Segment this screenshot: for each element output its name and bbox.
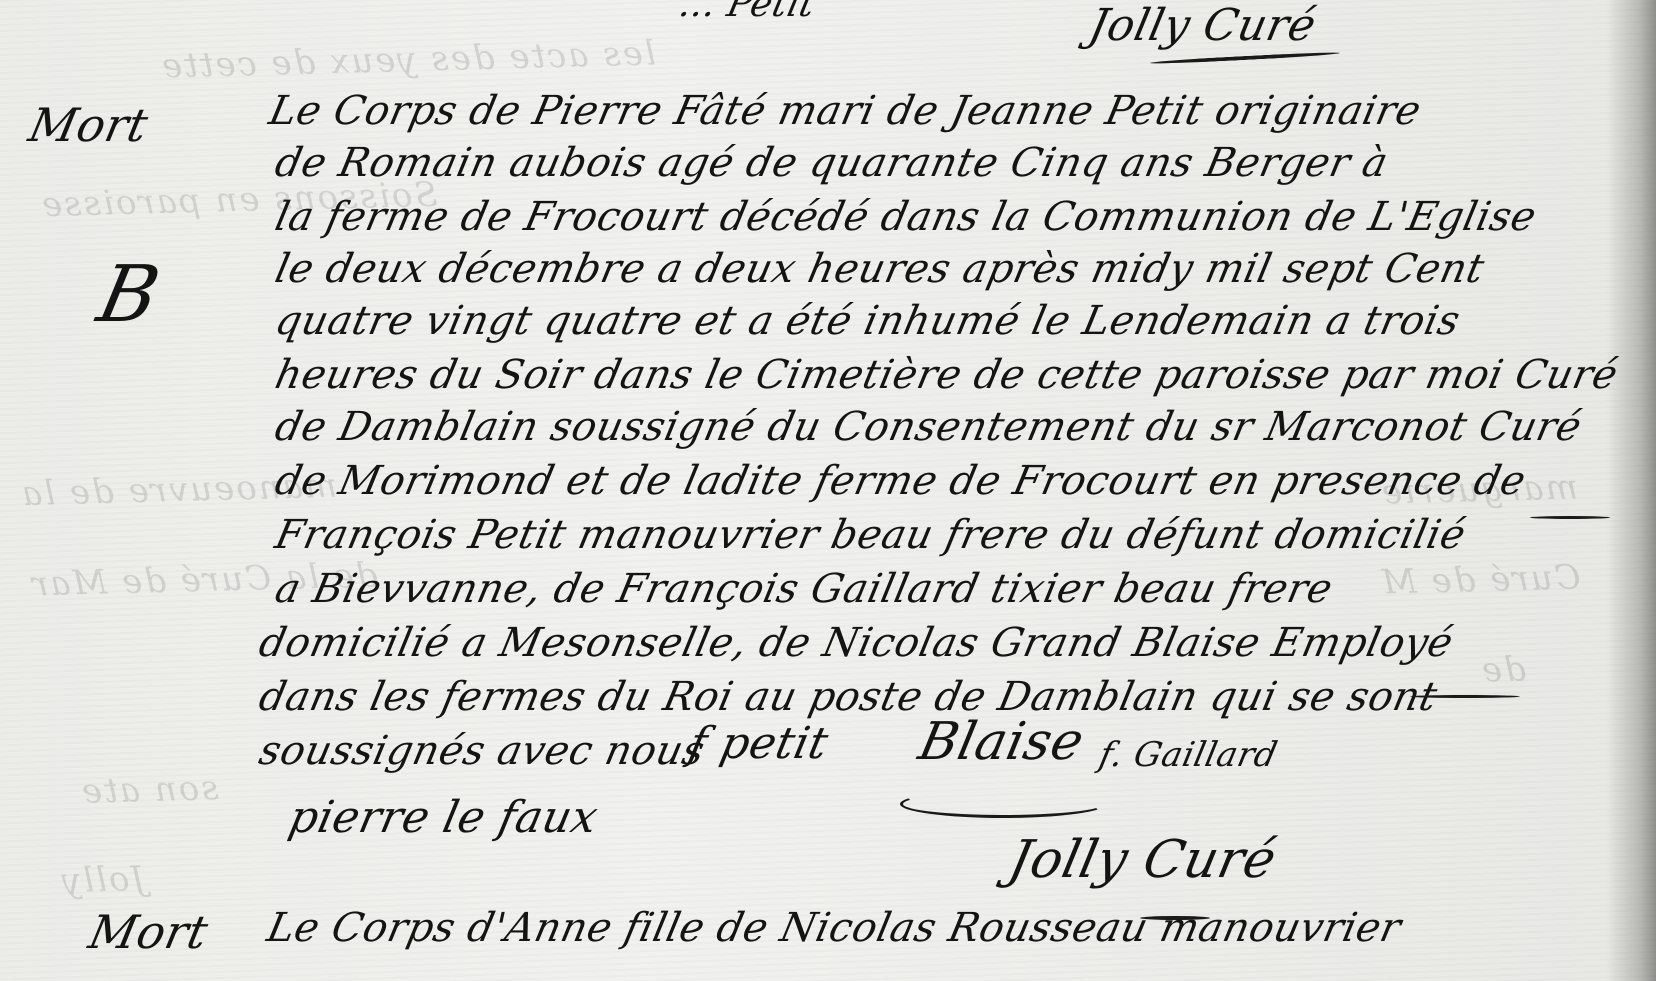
entry-line-10: a Bievvanne, de François Gaillard tixier… xyxy=(271,566,1337,612)
entry-line-3: la ferme de Frocourt décédé dans la Comm… xyxy=(271,194,1540,240)
line-end-flourish xyxy=(1530,516,1610,519)
entry-line-4: le deux décembre a deux heures après mid… xyxy=(271,246,1488,292)
signature-petit: f petit xyxy=(685,718,833,769)
entry-line-8: de Morimond et de ladite ferme de Frocou… xyxy=(271,458,1530,504)
bleed-through-text: Curé de M xyxy=(1380,557,1582,602)
margin-next-entry-label: Mort xyxy=(84,905,213,959)
signature-blaise: Blaise xyxy=(914,712,1090,772)
bleed-through-text: Jolly xyxy=(59,859,145,901)
entry-line-12: dans les fermes du Roi au poste de Dambl… xyxy=(255,674,1441,720)
signature-lefaux: pierre le faux xyxy=(285,792,603,843)
line-end-flourish xyxy=(1410,695,1520,698)
entry-line-5: quatre vingt quatre et a été inhumé le L… xyxy=(271,298,1464,344)
entry-line-2: de Romain aubois agé de quarante Cinq an… xyxy=(271,140,1392,186)
margin-entry-label: Mort xyxy=(24,98,153,152)
bleed-through-text: son ate xyxy=(80,768,220,812)
signature-cure: Jolly Curé xyxy=(1004,830,1282,890)
bleed-through-text: les acte des yeux de cette xyxy=(160,34,657,87)
entry-line-6: heures du Soir dans le Cimetière de cett… xyxy=(271,352,1622,398)
entry-line-11: domicilié a Mesonselle, de Nicolas Grand… xyxy=(255,620,1457,666)
register-page: les acte des yeux de cette Soissons en p… xyxy=(0,0,1656,981)
next-entry-line-1: Le Corps d'Anne fille de Nicolas Roussea… xyxy=(263,905,1405,951)
signature-flourish xyxy=(1150,51,1340,65)
margin-mark: B xyxy=(90,250,167,340)
bleed-through-text: de xyxy=(1479,649,1526,690)
entry-line-9: François Petit manouvrier beau frere du … xyxy=(271,512,1470,558)
entry-line-7: de Damblain soussigné du Consentement du… xyxy=(271,404,1586,450)
signature-gaillard: f. Gaillard xyxy=(1096,735,1281,775)
signature-underline xyxy=(900,790,1106,818)
entry-line-1: Le Corps de Pierre Fâté mari de Jeanne P… xyxy=(265,88,1425,134)
entry-line-13: soussignés avec nous xyxy=(255,728,709,774)
previous-entry-fragment: ... Petit xyxy=(676,0,819,25)
header-signature: Jolly Curé xyxy=(1085,0,1321,51)
